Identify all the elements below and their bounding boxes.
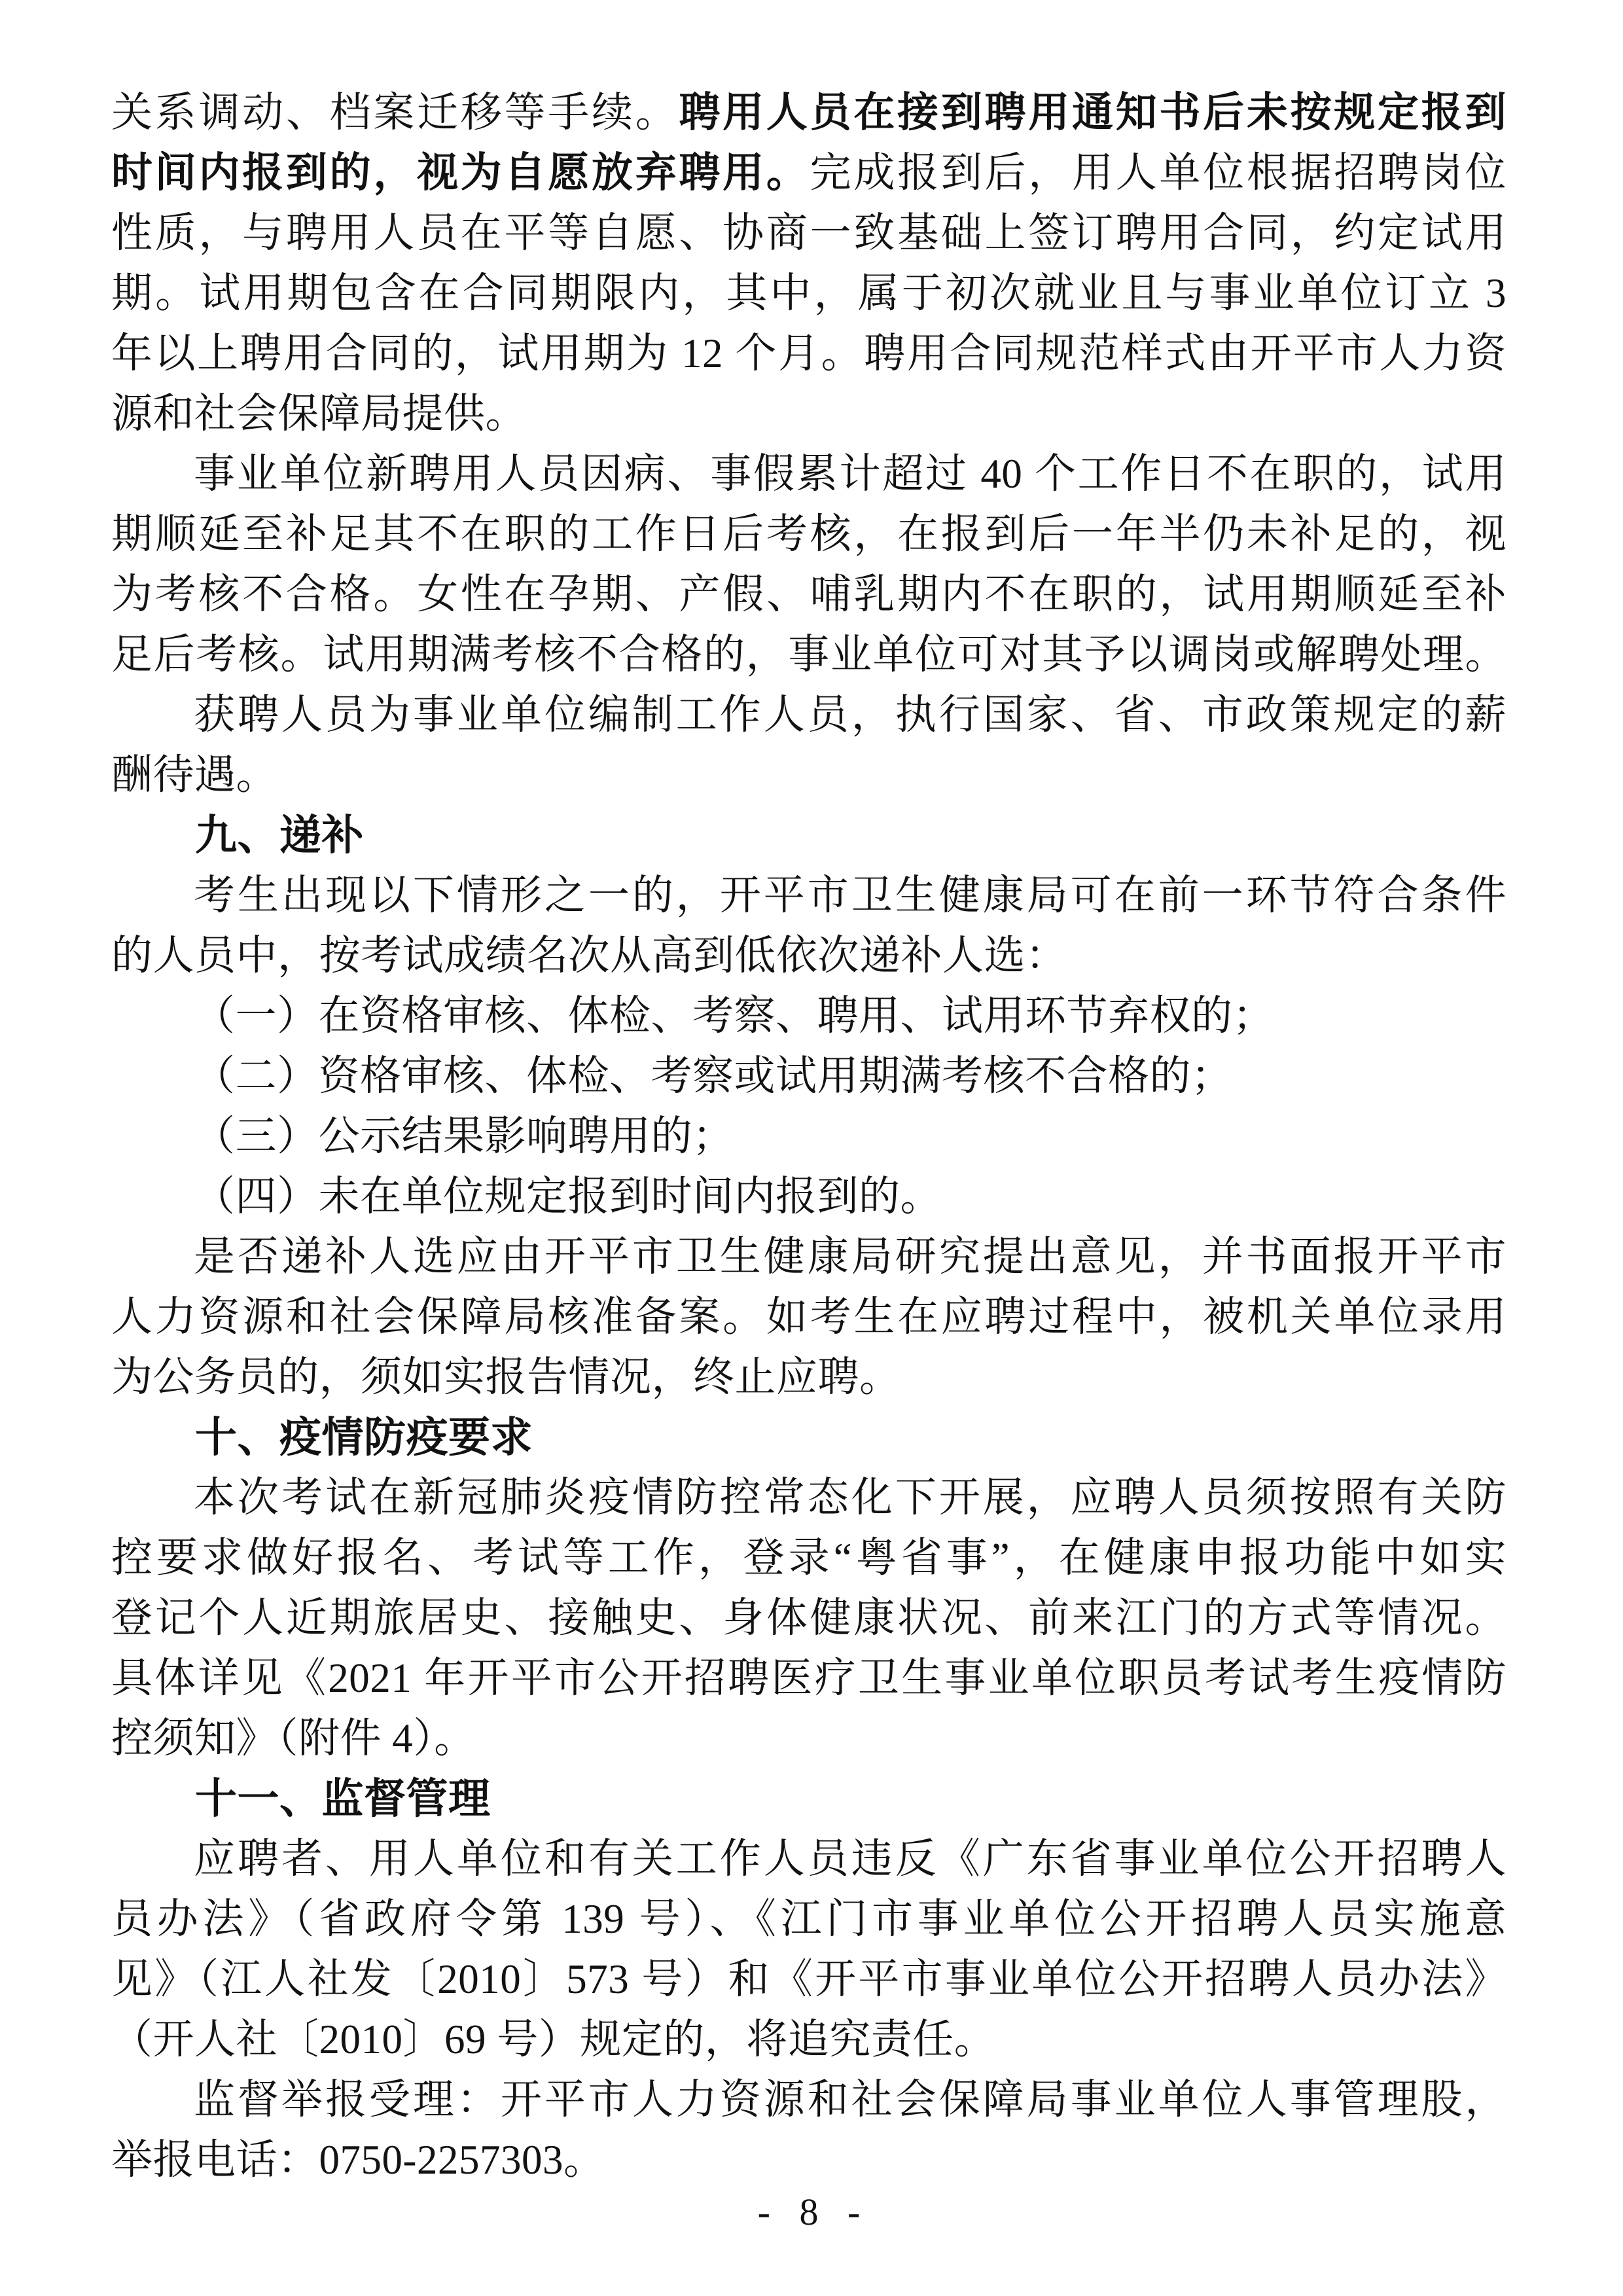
text-segment: 为公务员的，须如实报告情况，终止应聘。	[111, 1354, 901, 1400]
section-heading: 十一、监督管理	[111, 1768, 1507, 1829]
text-line: 监督举报受理：开平市人力资源和社会保障局事业单位人事管理股，	[111, 2070, 1507, 2130]
text-line: 人力资源和社会保障局核准备案。如考生在应聘过程中，被机关单位录用	[111, 1287, 1507, 1347]
text-line: 酬待遇。	[111, 745, 1507, 805]
text-segment: 期顺延至补足其不在职的工作日后考核，在报到后一年半仍未补足的，视	[111, 511, 1507, 557]
text-line: （开人社〔2010〕69 号）规定的，将追究责任。	[111, 2009, 1507, 2070]
text-segment: 获聘人员为事业单位编制工作人员，执行国家、省、市政策规定的薪	[194, 692, 1507, 738]
page-number: - 8 -	[0, 2186, 1623, 2238]
text-segment: （四）未在单位规定报到时间内报到的。	[194, 1174, 942, 1219]
text-segment: 具体详见《2021 年开平市公开招聘医疗卫生事业单位职员考试考生疫情防	[111, 1655, 1507, 1701]
text-segment: （开人社〔2010〕69 号）规定的，将追究责任。	[111, 2017, 995, 2062]
text-segment: 控须知》（附件 4）。	[111, 1715, 476, 1761]
text-line: （四）未在单位规定报到时间内报到的。	[111, 1166, 1507, 1227]
text-block: 关系调动、档案迁移等手续。聘用人员在接到聘用通知书后未按规定报到时间内报到的，视…	[111, 82, 1507, 2190]
text-line: （二）资格审核、体检、考察或试用期满考核不合格的；	[111, 1046, 1507, 1106]
text-segment: 监督举报受理：开平市人力资源和社会保障局事业单位人事管理股，	[194, 2077, 1507, 2123]
text-segment: 人力资源和社会保障局核准备案。如考生在应聘过程中，被机关单位录用	[111, 1294, 1507, 1340]
text-segment: 应聘者、用人单位和有关工作人员违反《广东省事业单位公开招聘人	[194, 1836, 1507, 1882]
text-line: 控须知》（附件 4）。	[111, 1708, 1507, 1768]
text-line: 关系调动、档案迁移等手续。聘用人员在接到聘用通知书后未按规定报到	[111, 82, 1507, 143]
text-line: 期。试用期包含在合同期限内，其中，属于初次就业且与事业单位订立 3	[111, 263, 1507, 323]
text-segment: 考生出现以下情形之一的，开平市卫生健康局可在前一环节符合条件	[194, 872, 1507, 918]
text-segment: 本次考试在新冠肺炎疫情防控常态化下开展，应聘人员须按照有关防	[194, 1475, 1507, 1520]
text-segment: 是否递补人选应由开平市卫生健康局研究提出意见，并书面报开平市	[194, 1234, 1507, 1280]
text-line: 举报电话：0750-2257303。	[111, 2130, 1507, 2190]
text-line: 为考核不合格。女性在孕期、产假、哺乳期内不在职的，试用期顺延至补	[111, 564, 1507, 624]
text-line: （一）在资格审核、体检、考察、聘用、试用环节弃权的；	[111, 986, 1507, 1046]
text-segment: 举报电话：0750-2257303。	[111, 2137, 605, 2183]
text-segment: 控要求做好报名、考试等工作，登录“粤省事”，在健康申报功能中如实	[111, 1535, 1507, 1581]
text-line: 性质，与聘用人员在平等自愿、协商一致基础上签订聘用合同，约定试用	[111, 203, 1507, 263]
text-segment: 性质，与聘用人员在平等自愿、协商一致基础上签订聘用合同，约定试用	[111, 210, 1507, 256]
text-line: 时间内报到的，视为自愿放弃聘用。完成报到后，用人单位根据招聘岗位	[111, 143, 1507, 203]
text-segment: 登记个人近期旅居史、接触史、身体健康状况、前来江门的方式等情况。	[111, 1595, 1507, 1641]
text-line: 见》（江人社发〔2010〕573 号）和《开平市事业单位公开招聘人员办法》	[111, 1949, 1507, 2009]
text-line: 为公务员的，须如实报告情况，终止应聘。	[111, 1347, 1507, 1407]
text-line: 是否递补人选应由开平市卫生健康局研究提出意见，并书面报开平市	[111, 1227, 1507, 1287]
text-segment: （二）资格审核、体检、考察或试用期满考核不合格的；	[194, 1053, 1233, 1099]
bold-text-segment: 九、递补	[195, 812, 364, 859]
text-line: 的人员中，按考试成绩名次从高到低依次递补人选：	[111, 925, 1507, 986]
text-segment: 为考核不合格。女性在孕期、产假、哺乳期内不在职的，试用期顺延至补	[111, 571, 1507, 617]
text-line: 员办法》（省政府令第 139 号）、《江门市事业单位公开招聘人员实施意	[111, 1889, 1507, 1949]
text-line: 足后考核。试用期满考核不合格的，事业单位可对其予以调岗或解聘处理。	[111, 624, 1507, 685]
text-line: 期顺延至补足其不在职的工作日后考核，在报到后一年半仍未补足的，视	[111, 504, 1507, 564]
bold-text-segment: 十、疫情防疫要求	[195, 1414, 533, 1461]
text-line: 控要求做好报名、考试等工作，登录“粤省事”，在健康申报功能中如实	[111, 1528, 1507, 1588]
bold-text-segment: 时间内报到的，视为自愿放弃聘用。	[111, 150, 810, 196]
bold-text-segment: 十一、监督管理	[195, 1775, 491, 1822]
section-heading: 十、疫情防疫要求	[111, 1407, 1507, 1467]
text-line: 本次考试在新冠肺炎疫情防控常态化下开展，应聘人员须按照有关防	[111, 1467, 1507, 1528]
text-line: 源和社会保障局提供。	[111, 384, 1507, 444]
text-segment: 事业单位新聘用人员因病、事假累计超过 40 个工作日不在职的，试用	[194, 451, 1507, 497]
text-line: （三）公示结果影响聘用的；	[111, 1106, 1507, 1166]
text-line: 具体详见《2021 年开平市公开招聘医疗卫生事业单位职员考试考生疫情防	[111, 1648, 1507, 1708]
text-line: 年以上聘用合同的，试用期为 12 个月。聘用合同规范样式由开平市人力资	[111, 323, 1507, 384]
bold-text-segment: 聘用人员在接到聘用通知书后未按规定报到	[679, 90, 1507, 135]
text-segment: （一）在资格审核、体检、考察、聘用、试用环节弃权的；	[194, 993, 1274, 1039]
text-segment: （三）公示结果影响聘用的；	[194, 1113, 734, 1159]
text-segment: 员办法》（省政府令第 139 号）、《江门市事业单位公开招聘人员实施意	[111, 1896, 1507, 1942]
text-segment: 酬待遇。	[111, 752, 277, 798]
text-segment: 完成报到后，用人单位根据招聘岗位	[810, 150, 1507, 196]
text-line: 应聘者、用人单位和有关工作人员违反《广东省事业单位公开招聘人	[111, 1829, 1507, 1889]
text-segment: 期。试用期包含在合同期限内，其中，属于初次就业且与事业单位订立 3	[111, 270, 1507, 316]
text-segment: 源和社会保障局提供。	[111, 391, 527, 437]
text-line: 事业单位新聘用人员因病、事假累计超过 40 个工作日不在职的，试用	[111, 444, 1507, 504]
text-segment: 关系调动、档案迁移等手续。	[111, 90, 679, 135]
document-page: 关系调动、档案迁移等手续。聘用人员在接到聘用通知书后未按规定报到时间内报到的，视…	[0, 0, 1623, 2296]
text-segment: 足后考核。试用期满考核不合格的，事业单位可对其予以调岗或解聘处理。	[111, 632, 1507, 677]
text-line: 获聘人员为事业单位编制工作人员，执行国家、省、市政策规定的薪	[111, 685, 1507, 745]
section-heading: 九、递补	[111, 805, 1507, 865]
text-segment: 的人员中，按考试成绩名次从高到低依次递补人选：	[111, 933, 1067, 978]
text-line: 登记个人近期旅居史、接触史、身体健康状况、前来江门的方式等情况。	[111, 1588, 1507, 1648]
text-segment: 年以上聘用合同的，试用期为 12 个月。聘用合同规范样式由开平市人力资	[111, 331, 1507, 376]
text-line: 考生出现以下情形之一的，开平市卫生健康局可在前一环节符合条件	[111, 865, 1507, 925]
text-segment: 见》（江人社发〔2010〕573 号）和《开平市事业单位公开招聘人员办法》	[111, 1956, 1507, 2002]
